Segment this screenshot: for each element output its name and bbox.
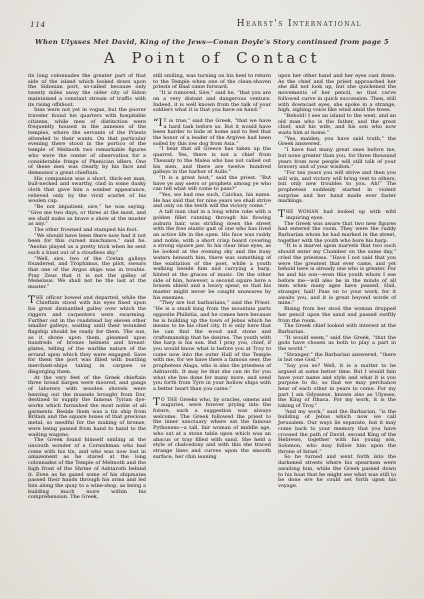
paragraph: “It is rumored, Sire,” said he, “that yo…	[153, 91, 271, 114]
paragraph: Inns were not yet in vogue, but the poor…	[28, 108, 146, 176]
paragraph: The Greek found himself smiling at the u…	[28, 438, 146, 501]
paragraph: His companion was a short, thick-set man…	[28, 177, 146, 206]
paragraph: “It is a marvel upon marvels that two su…	[278, 244, 396, 307]
paragraph: “For ten years you will strive and then …	[278, 171, 396, 205]
paragraph: “Yes, we had one such, Calchas, his name…	[153, 193, 271, 210]
paragraph: its long colonnades the greater part of …	[28, 74, 146, 108]
paragraph: The Greek was aware that two new figures…	[278, 222, 396, 245]
continuation-note: When Ulysses Met David, King of the Jews…	[0, 38, 424, 46]
drop-cap: “I	[153, 119, 164, 129]
paragraph: A tall man clad in a long white robe wit…	[153, 210, 271, 301]
paragraph: still smiling, was turning on his heel t…	[153, 74, 271, 91]
page-number: 114	[30, 20, 46, 29]
paragraph: “It would seem,” said the Greek, “that t…	[278, 336, 396, 353]
paragraph: “Behold! I see an island to the west, an…	[278, 114, 396, 137]
story-body: its long colonnades the greater part of …	[28, 74, 396, 584]
paragraph: “Say you so? Well, it is a matter to be …	[278, 364, 396, 410]
paragraph: “Well, sire, two of the Cretan galleys f…	[28, 257, 146, 291]
paragraph: Rising from her stool the woman dropped …	[278, 307, 396, 324]
text-column-1: its long colonnades the greater part of …	[28, 74, 146, 584]
story-title: A Point of Contact	[0, 49, 424, 67]
paragraph: “They are but barbarians,” said the Prie…	[153, 301, 271, 392]
drop-cap: T	[153, 398, 161, 408]
paragraph: The Greek chief looked with interest at …	[278, 324, 396, 335]
paragraph: “We should have been there now had it no…	[28, 234, 146, 257]
paragraph: At the very feet of the Greek chieftain …	[28, 376, 146, 439]
paragraph: “Be not impatient, sire,” he was saying.…	[28, 205, 146, 228]
magazine-page: 114 Hearst's International When Ulysses …	[0, 0, 424, 599]
masthead: Hearst's International	[237, 19, 362, 29]
drop-cap: T	[28, 296, 36, 306]
paragraph: The woman had looked up with wild inquir…	[278, 210, 396, 221]
small-caps-lead: o the	[161, 398, 178, 403]
paragraph: The officer bowed and departed, while th…	[28, 296, 146, 376]
text-column-2: still smiling, was turning on his heel t…	[153, 74, 271, 584]
text-column-3: upon her other hand and her eyes cast do…	[278, 74, 396, 584]
small-caps-lead: t	[164, 119, 167, 124]
small-caps-lead: he	[36, 296, 43, 301]
paragraph: “I have had many great ones before me, b…	[278, 148, 396, 171]
paragraph: “It is true,” said the Greek, “that we h…	[153, 119, 271, 148]
paragraph: So he turned and went forth into the dar…	[278, 455, 396, 489]
paragraph: “I hear that all Greece has taken up the…	[153, 147, 271, 176]
small-caps-lead: he woman	[286, 210, 319, 215]
paragraph: To the Greeks who, by oracles, omens and…	[153, 398, 271, 461]
paragraph: “It is a great host,” said the priest. “…	[153, 176, 271, 193]
paragraph: upon her other hand and her eyes cast do…	[278, 74, 396, 114]
paragraph: “And my work,” said the Barbarian, “is t…	[278, 410, 396, 456]
drop-cap: T	[278, 210, 286, 220]
